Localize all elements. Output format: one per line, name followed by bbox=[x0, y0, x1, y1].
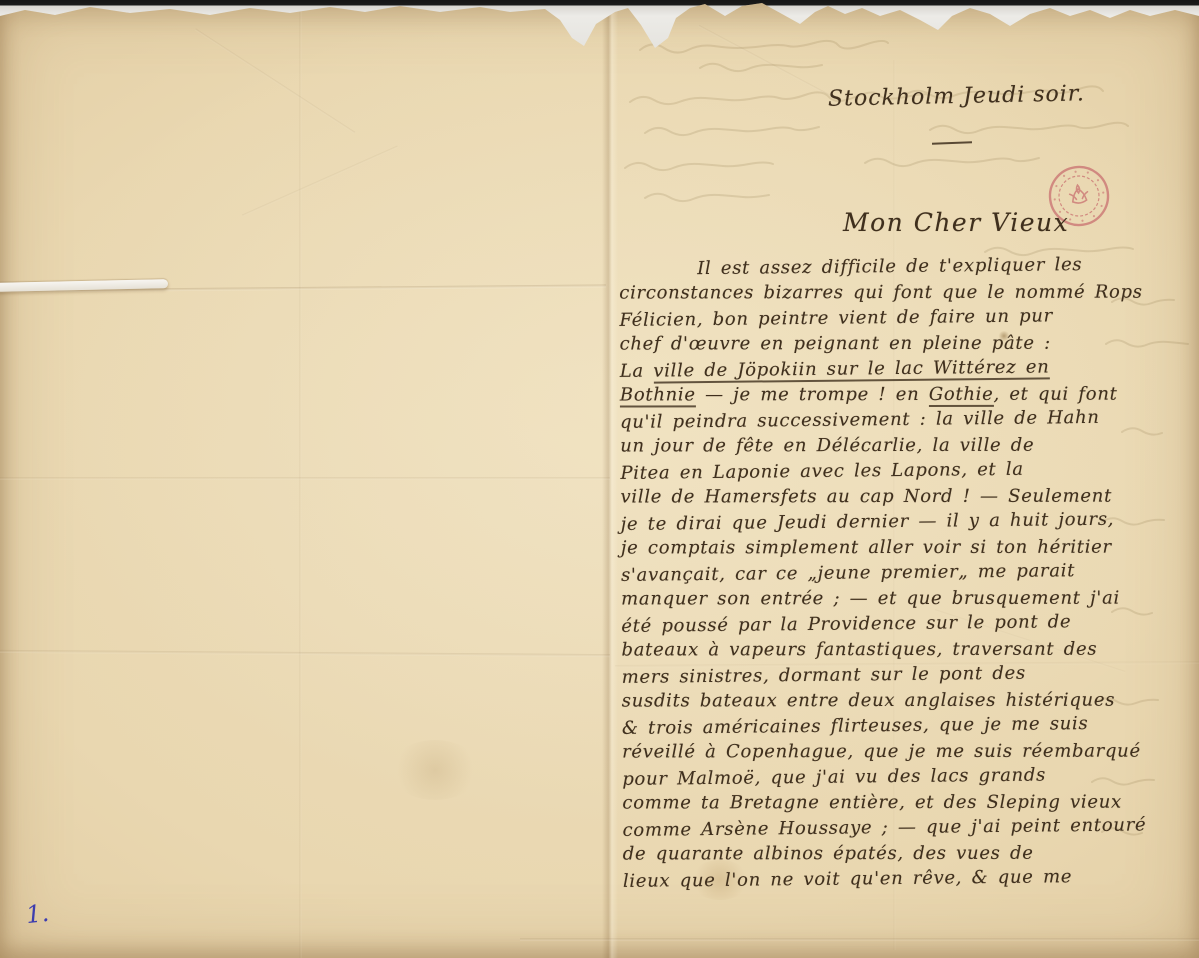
letter-line: je comptais simplement aller voir si ton… bbox=[621, 534, 1181, 560]
letter-line: réveillé à Copenhague, que je me suis ré… bbox=[622, 738, 1182, 764]
letter-line: de quarante albinos épatés, des vues de bbox=[623, 840, 1183, 866]
letter-line: été poussé par la Providence sur le pont… bbox=[621, 608, 1181, 639]
letter-body: Il est assez difficile de t'expliquer le… bbox=[619, 252, 1183, 893]
letter-line: Félicien, bon peintre vient de faire un … bbox=[619, 302, 1179, 333]
corner-crease-1 bbox=[195, 28, 355, 133]
corner-crease-2 bbox=[242, 146, 398, 217]
letter-line: comme Arsène Houssaye ; — que j'ai peint… bbox=[622, 812, 1182, 843]
tear-slit bbox=[0, 279, 168, 292]
left-page-vertical-crease bbox=[299, 10, 302, 958]
letter-line: Bothnie — je me trompe ! en Gothie, et q… bbox=[620, 381, 1180, 407]
letter-line: je te dirai que Jeudi dernier — il y a h… bbox=[621, 506, 1181, 537]
letter-line: un jour de fête en Délécarlie, la ville … bbox=[620, 432, 1180, 458]
corner-crease-3 bbox=[698, 25, 831, 97]
letter-line: & trois américaines flirteuses, que je m… bbox=[622, 710, 1182, 741]
letter-line: Pitea en Laponie avec les Lapons, et la bbox=[620, 455, 1180, 486]
scanned-letter-document: Stockholm Jeudi soir. Mon Cher Vieux Il … bbox=[0, 0, 1199, 958]
stain bbox=[390, 740, 480, 800]
letter-line: mers sinistres, dormant sur le pont des bbox=[622, 659, 1182, 690]
letter-line: bateaux à vapeurs fantastiques, traversa… bbox=[621, 636, 1181, 662]
center-fold-crease bbox=[602, 0, 618, 958]
letter-line: comme ta Bretagne entière, et des Slepin… bbox=[622, 789, 1182, 815]
page-number-annotation: 1. bbox=[25, 899, 51, 929]
dateline: Stockholm Jeudi soir. bbox=[828, 81, 1085, 111]
salutation: Mon Cher Vieux bbox=[843, 208, 1069, 237]
left-fold-crease-middle bbox=[0, 477, 610, 480]
letter-line: s'avançait, car ce „jeune premier„ me pa… bbox=[621, 557, 1181, 588]
letter-line: susdits bateaux entre deux anglaises his… bbox=[622, 687, 1182, 713]
dateline-underline-flourish bbox=[932, 141, 972, 144]
letter-line: circonstances bizarres qui font que le n… bbox=[619, 279, 1179, 305]
bottom-edge-crease bbox=[520, 938, 1199, 941]
letter-line: manquer son entrée ; — et que brusquemen… bbox=[621, 585, 1181, 611]
letter-line: pour Malmoë, que j'ai vu des lacs grands bbox=[622, 761, 1182, 792]
letter-line: Il est assez difficile de t'expliquer le… bbox=[619, 251, 1179, 282]
letter-paper-sheet: Stockholm Jeudi soir. Mon Cher Vieux Il … bbox=[0, 0, 1199, 958]
letter-line: La ville de Jöpokiin sur le lac Wittérez… bbox=[620, 353, 1180, 384]
letter-line: lieux que l'on ne voit qu'en rêve, & que… bbox=[623, 863, 1183, 894]
left-fold-crease-lower bbox=[0, 650, 610, 657]
letter-line: ville de Hamersfets au cap Nord ! — Seul… bbox=[621, 483, 1181, 509]
letter-line: chef d'œuvre en peignant en pleine pâte … bbox=[620, 330, 1180, 356]
letter-line: qu'il peindra successivement : la ville … bbox=[620, 404, 1180, 435]
